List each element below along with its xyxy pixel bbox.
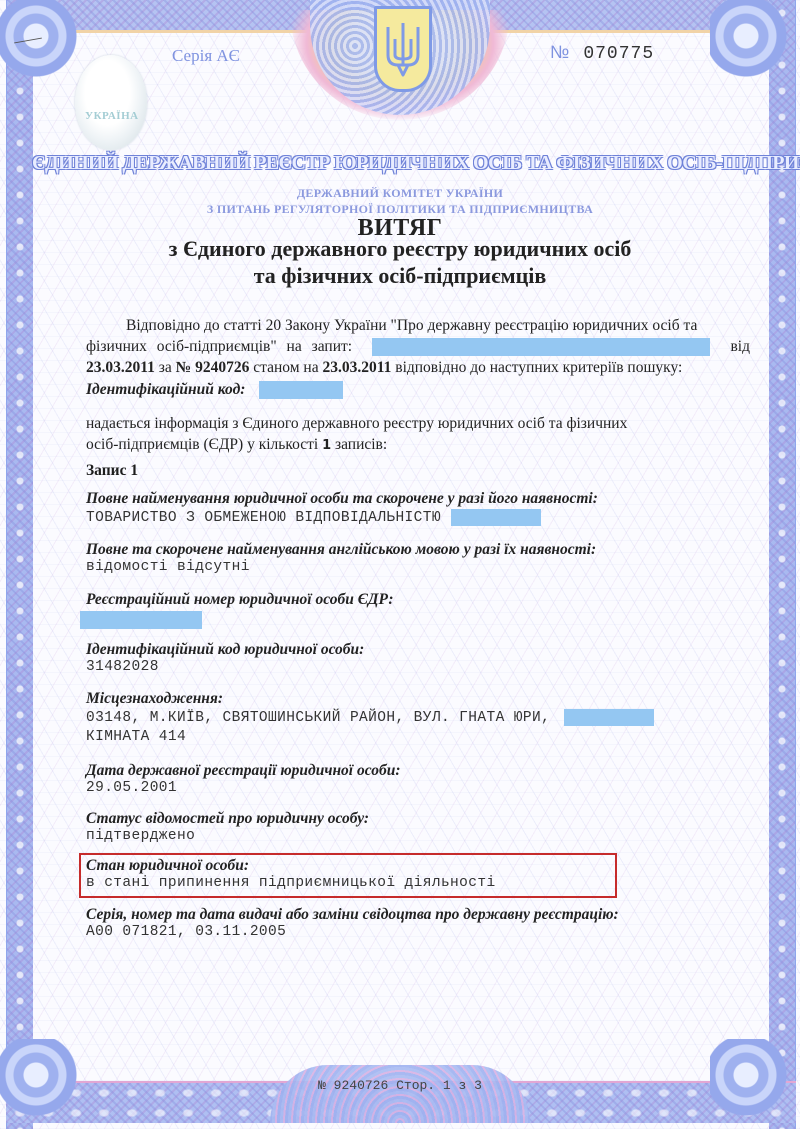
field-info-status: Статус відомостей про юридичну особу: пі… [86, 810, 369, 844]
field-entity-state: Стан юридичної особи: в стані припинення… [86, 857, 496, 891]
record-count: 1 [322, 438, 331, 453]
record-title: Запис 1 [86, 462, 138, 480]
coat-of-arms-emblem [290, 0, 510, 125]
form-number: № 070775 [550, 42, 654, 64]
field-address: Місцезнаходження: 03148, М.КИЇВ, СВЯТОШИ… [86, 690, 654, 745]
field-registration-number: Реєстраційний номер юридичної особи ЄДР: [80, 591, 394, 629]
redacted-registration-number [80, 611, 202, 629]
trident-icon [384, 19, 422, 79]
address-value: 03148, М.КИЇВ, СВЯТОШИНСЬКИЙ РАЙОН, ВУЛ.… [86, 710, 550, 726]
field-certificate: Серія, номер та дата видачі або заміни с… [86, 906, 619, 940]
frame-left-border [6, 0, 33, 1129]
search-criteria-label: Ідентифікаційний код: [86, 381, 245, 398]
entity-state-value: в стані припинення підприємницької діяль… [86, 875, 496, 891]
info-paragraph: надається інформація з Єдиного державног… [86, 413, 627, 456]
identification-code-value: 31482028 [86, 659, 364, 675]
info-status-value: підтверджено [86, 828, 369, 844]
redacted-search-code [259, 381, 343, 399]
intro-line-2: фізичних осіб-підприємців" на запит: від [86, 336, 750, 357]
committee-line-1: ДЕРЖАВНИЙ КОМІТЕТ УКРАЇНИ [0, 186, 800, 201]
document-subtitle-line-1: з Єдиного державного реєстру юридичних о… [0, 236, 800, 262]
english-name-value: відомості відсутні [86, 559, 596, 575]
page-footer: № 9240726 Стор. 1 з 3 [0, 1078, 800, 1093]
hologram-seal: УКРАЇНА [75, 55, 147, 150]
field-identification-code: Ідентифікаційний код юридичної особи: 31… [86, 641, 364, 675]
form-number-value: 070775 [583, 44, 654, 64]
search-criteria: Ідентифікаційний код: [86, 381, 343, 399]
intro-paragraph: Відповідно до статті 20 Закону України "… [86, 315, 750, 378]
document-subtitle-line-2: та фізичних осіб-підприємців [0, 263, 800, 289]
certificate-value: А00 071821, 03.11.2005 [86, 924, 619, 940]
redacted-name [451, 509, 541, 526]
number-sign: № [550, 42, 569, 63]
field-english-name: Повне та скорочене найменування англійсь… [86, 541, 596, 575]
request-date: 23.03.2011 [86, 359, 155, 376]
hologram-text: УКРАЇНА [85, 110, 139, 122]
redacted-request [372, 338, 710, 356]
state-date: 23.03.2011 [322, 359, 391, 376]
series-label: Серія АЄ [172, 46, 240, 66]
frame-bottom-ornament [270, 1065, 530, 1123]
registration-date-value: 29.05.2001 [86, 780, 401, 796]
redacted-address [564, 709, 654, 726]
full-name-value: ТОВАРИСТВО З ОБМЕЖЕНОЮ ВІДПОВІДАЛЬНІСТЮ [86, 510, 441, 526]
request-number: № 9240726 [176, 359, 250, 376]
intro-line-3: 23.03.2011 за № 9240726 станом на 23.03.… [86, 357, 750, 378]
registry-title: ЄДИНИЙ ДЕРЖАВНИЙ РЕЄСТР ЮРИДИЧНИХ ОСІБ Т… [32, 152, 768, 175]
field-full-name: Повне найменування юридичної особи та ск… [86, 490, 598, 526]
address-value-line-2: КІМНАТА 414 [86, 729, 654, 745]
corner-ornament-icon [710, 0, 800, 90]
intro-line-1: Відповідно до статті 20 Закону України "… [86, 315, 750, 336]
corner-ornament-icon [0, 0, 90, 90]
trident-coat-of-arms-icon [374, 6, 432, 92]
field-registration-date: Дата державної реєстрації юридичної особ… [86, 762, 401, 796]
